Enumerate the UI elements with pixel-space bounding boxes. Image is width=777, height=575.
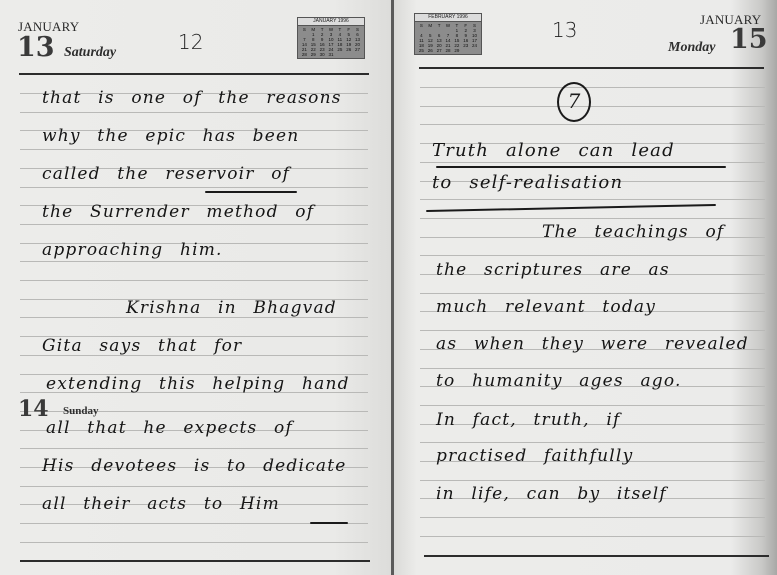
ruled-line: [420, 517, 765, 518]
ruled-line: [420, 293, 765, 294]
handwritten-heading: to self-realisation: [432, 172, 623, 193]
ruled-line: [420, 536, 765, 537]
handwritten-page-number: 12: [178, 30, 203, 54]
handwritten-line: why the epic has been: [42, 126, 299, 146]
calendar-cell: 29: [309, 52, 318, 57]
handwritten-line: the scriptures are as: [436, 260, 670, 280]
ruled-line: [420, 162, 765, 163]
day-number: 13: [17, 34, 55, 61]
mini-calendar-grid: SMTWTFS123456789101112131415161718192021…: [298, 26, 364, 58]
ruled-line: [420, 330, 765, 331]
day-number: 15: [730, 26, 768, 53]
ruled-line: [420, 218, 765, 219]
ruled-line: [20, 187, 368, 188]
ruled-line: [420, 124, 765, 125]
day-name: Saturday: [64, 45, 116, 61]
calendar-cell: [470, 48, 479, 53]
heading-underline: [436, 166, 726, 168]
header-rule: [419, 67, 764, 69]
word-underline: [310, 522, 348, 524]
ruled-line: [420, 87, 765, 88]
ruled-line: [20, 280, 368, 281]
calendar-cell: [344, 52, 353, 57]
ruled-line: [420, 255, 765, 256]
ruled-line: [420, 106, 765, 107]
handwritten-line: called the reservoir of: [42, 164, 290, 184]
handwritten-line: extending this helping hand: [46, 374, 350, 394]
diary-page-left: JANUARY 13 Saturday 12 JANUARY 1996 SMTW…: [0, 0, 392, 575]
mini-calendar-title: JANUARY 1996: [298, 18, 364, 26]
calendar-cell: 26: [426, 48, 435, 53]
handwritten-line: approaching him.: [42, 240, 223, 260]
ruled-line: [420, 442, 765, 443]
handwritten-page-number: 13: [552, 18, 577, 42]
handwritten-line: His devotees is to dedicate: [42, 456, 347, 476]
ruled-line: [20, 448, 368, 449]
ruled-line: [20, 261, 368, 262]
ruled-line: [20, 224, 368, 225]
handwritten-line: practised faithfully: [436, 446, 633, 466]
ruled-line: [20, 149, 368, 150]
mini-calendar-title: FEBRUARY 1996: [415, 14, 481, 22]
ruled-line: [420, 368, 765, 369]
ruled-line: [20, 542, 368, 543]
calendar-cell: 29: [452, 48, 461, 53]
circled-number: 7: [557, 82, 591, 122]
day-name: Monday: [668, 40, 715, 56]
handwritten-heading: Truth alone can lead: [432, 140, 675, 161]
calendar-cell: [461, 48, 470, 53]
header-rule: [19, 73, 369, 75]
handwritten-line: much relevant today: [436, 297, 656, 317]
handwritten-line: to humanity ages ago.: [436, 371, 682, 391]
heading-underline: [426, 204, 716, 212]
mini-calendar-grid: SMTWTFS123456789101112131415161718192021…: [415, 22, 481, 54]
handwritten-line: all their acts to Him: [42, 494, 280, 514]
calendar-cell: 25: [417, 48, 426, 53]
calendar-cell: [335, 52, 344, 57]
calendar-cell: 28: [300, 52, 309, 57]
ruled-line: [20, 486, 368, 487]
day-number-secondary: 14: [18, 398, 49, 420]
footer-rule: [424, 555, 769, 557]
calendar-cell: [353, 52, 362, 57]
calendar-cell: 27: [435, 48, 444, 53]
diary-page-right: FEBRUARY 1996 SMTWTFS1234567891011121314…: [394, 0, 777, 575]
mini-calendar-february: FEBRUARY 1996 SMTWTFS1234567891011121314…: [414, 13, 482, 55]
calendar-cell: 30: [318, 52, 327, 57]
handwritten-line: the Surrender method of: [42, 202, 314, 222]
handwritten-line: In fact, truth, if: [436, 410, 620, 430]
mini-calendar-january: JANUARY 1996 SMTWTFS12345678910111213141…: [297, 17, 365, 59]
handwritten-line: in life, can by itself: [436, 484, 667, 504]
calendar-cell: 28: [444, 48, 453, 53]
ruled-line: [420, 199, 765, 200]
handwritten-line: The teachings of: [542, 222, 724, 242]
footer-rule: [20, 560, 370, 562]
ruled-line: [420, 405, 765, 406]
handwritten-line: that is one of the reasons: [42, 88, 342, 108]
day-name-secondary: Sunday: [63, 405, 98, 417]
handwritten-line: Krishna in Bhagvad: [126, 298, 337, 318]
word-underline: [205, 191, 297, 193]
ruled-line: [420, 480, 765, 481]
ruled-line: [20, 112, 368, 113]
handwritten-line: Gita says that for: [42, 336, 242, 356]
handwritten-line: all that he expects of: [46, 418, 293, 438]
calendar-cell: 31: [327, 52, 336, 57]
handwritten-line: as when they were revealed: [436, 334, 749, 354]
